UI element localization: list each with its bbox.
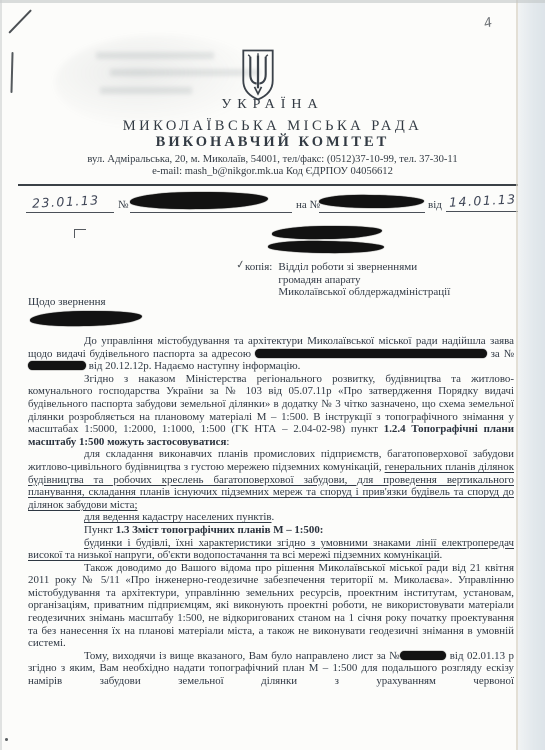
- body-paragraph: Тому, виходячи із вище вказаного, Вам бу…: [28, 650, 514, 688]
- country-title: УКРАЇНА: [0, 97, 545, 113]
- body-paragraph: Пункт 1.3 Зміст топографічних планів М –…: [28, 524, 514, 537]
- body-paragraph: для ведення кадастру населених пунктів.: [28, 511, 514, 524]
- redaction-mark: [272, 225, 382, 240]
- scanner-edge: [0, 0, 545, 3]
- body-paragraph: До управління містобудування та архітект…: [28, 335, 514, 373]
- body-text-segment: Також доводимо до Вашого відома про ріше…: [28, 562, 514, 650]
- scanner-edge: [0, 0, 2, 750]
- copy-line: громадян апарату: [278, 274, 450, 287]
- department-title: ВИКОНАВЧИЙ КОМІТЕТ: [0, 134, 545, 151]
- scan-speck: [5, 738, 8, 741]
- org-contact-line: e-mail: mash_b@nikgor.mk.ua Код ЄДРПОУ 0…: [0, 166, 545, 177]
- redaction-mark: [130, 191, 268, 209]
- scanner-background: [518, 0, 545, 750]
- body-text-segment: 1.3 Зміст топографічних планів М – 1:500…: [116, 524, 324, 536]
- from-date-label: від: [428, 199, 442, 211]
- address-corner-mark: [74, 229, 86, 238]
- handwritten-incoming-date: 14.01.13: [449, 191, 517, 210]
- handwritten-outgoing-date: 23.01.13: [32, 192, 100, 211]
- redaction-mark: [28, 361, 86, 370]
- body-text-segment: за №: [487, 348, 514, 360]
- copy-recipient-block: копія: Відділ роботи зі зверненнями гром…: [245, 261, 450, 299]
- pen-stroke-mark: [10, 52, 13, 93]
- redaction-mark: [400, 651, 446, 660]
- copy-line: Відділ роботи зі зверненнями: [278, 261, 450, 274]
- body-text-segment: для ведення кадастру населених пунктів: [84, 511, 272, 523]
- body-text-segment: від 20.12.12р. Надаємо наступну інформац…: [86, 360, 300, 372]
- org-address-line: вул. Адміральська, 20, м. Миколаїв, 5400…: [0, 154, 545, 165]
- body-paragraph: Згідно з наказом Міністерства регіональн…: [28, 373, 514, 449]
- header-divider: [18, 184, 532, 186]
- ukraine-trident-coat-of-arms-icon: [237, 46, 279, 104]
- ink-bleed-mark: [100, 87, 192, 94]
- copy-line: Миколаївської облдержадміністрації: [278, 286, 450, 299]
- letter-body: До управління містобудування та архітект…: [28, 335, 514, 688]
- body-paragraph: будинки і будівлі, їхні характеристики з…: [28, 537, 514, 562]
- number-label: №: [118, 199, 129, 211]
- ink-bleed-mark: [96, 52, 214, 59]
- organization-title: МИКОЛАЇВСЬКА МІСЬКА РАДА: [0, 118, 545, 135]
- body-text-segment: Пункт: [84, 524, 116, 536]
- body-paragraph: для складання виконавчих планів промисло…: [28, 448, 514, 511]
- blank-underline: [446, 211, 526, 212]
- redaction-mark: [30, 310, 142, 327]
- scanned-letter-page: 4 УКРАЇНА МИКОЛАЇВСЬКА МІСЬКА РАДА ВИКОН…: [0, 0, 545, 750]
- body-text-segment: .: [272, 511, 275, 523]
- body-paragraph: Також доводимо до Вашого відома про ріше…: [28, 562, 514, 650]
- copy-label: копія:: [245, 261, 272, 299]
- redaction-mark: [319, 195, 424, 209]
- redaction-mark: [255, 349, 487, 358]
- handwritten-page-number: 4: [482, 15, 494, 32]
- body-text-segment: Тому, виходячи із вище вказаного, Вам бу…: [84, 650, 400, 662]
- blank-underline: [26, 212, 114, 213]
- on-number-label: на №: [296, 199, 320, 211]
- pen-stroke-mark: [8, 9, 32, 33]
- copy-recipient-lines: Відділ роботи зі зверненнями громадян ап…: [278, 261, 450, 299]
- scan-smudge: [55, 35, 265, 130]
- blank-underline: [319, 212, 425, 213]
- body-text-segment: :: [226, 436, 229, 448]
- subject-line: Щодо звернення: [28, 296, 106, 308]
- body-text-segment: .: [440, 549, 443, 561]
- redaction-mark: [268, 240, 384, 254]
- blank-underline: [130, 212, 292, 213]
